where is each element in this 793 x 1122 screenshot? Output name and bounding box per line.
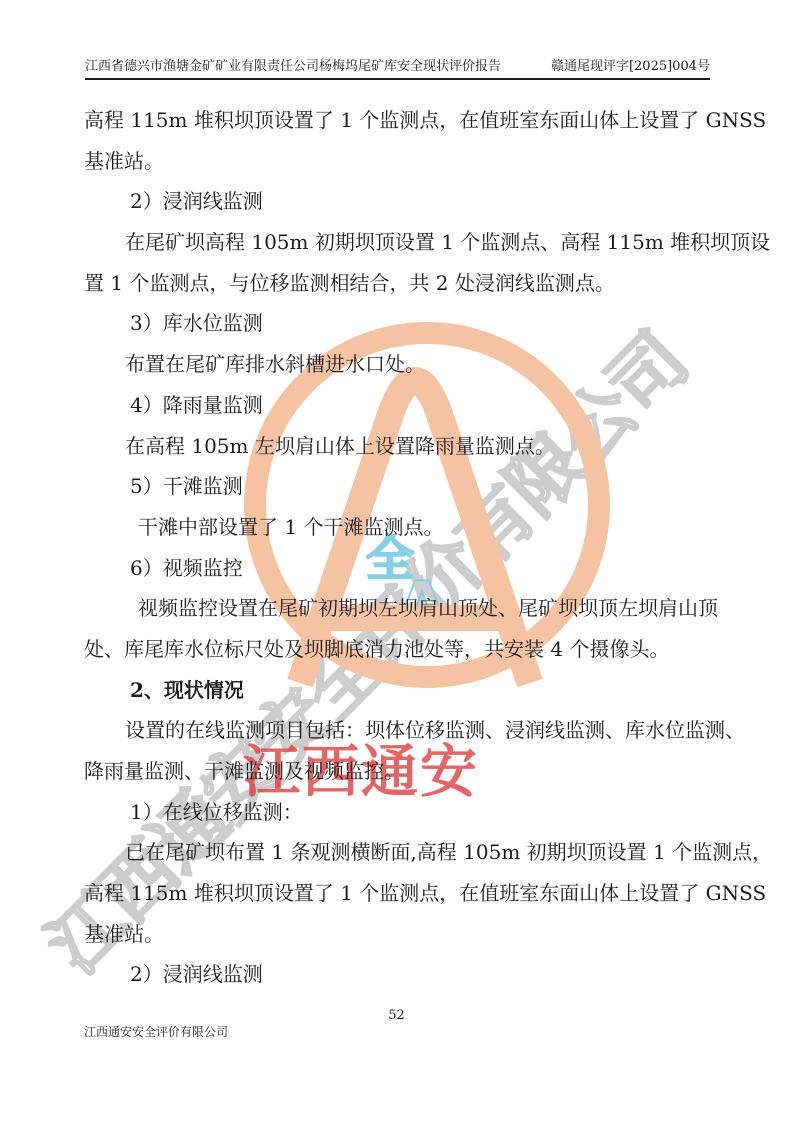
- document-content: 江西省德兴市渔塘金矿矿业有限责任公司杨梅坞尾矿库安全现状评价报告 赣通尾现评字[…: [0, 0, 793, 1122]
- body-line: 6）视频监控: [84, 548, 713, 589]
- body-line: 3）库水位监测: [84, 303, 713, 344]
- document-body: 高程 115m 堆积坝顶设置了 1 个监测点，在值班室东面山体上设置了 GNSS…: [84, 100, 713, 995]
- body-line: 2）浸润线监测: [84, 181, 713, 222]
- body-line: 设置的在线监测项目包括：坝体位移监测、浸润线监测、库水位监测、: [84, 710, 713, 751]
- body-line: 基准站。: [84, 914, 713, 955]
- body-line: 置 1 个监测点，与位移监测相结合，共 2 处浸润线监测点。: [84, 263, 713, 304]
- body-line: 基准站。: [84, 141, 713, 182]
- body-line: 5）干滩监测: [84, 466, 713, 507]
- body-line: 2）浸润线监测: [84, 954, 713, 995]
- page-number: 52: [0, 1008, 793, 1023]
- document-page: 江西通安安全评价有限公司 全 A 江西通安 江西省德兴市渔塘金矿矿业有限责任公司…: [0, 0, 793, 1122]
- footer-company-name: 江西通安安全评价有限公司: [84, 1023, 228, 1040]
- body-line: 已在尾矿坝布置 1 条观测横断面,高程 105m 初期坝顶设置 1 个监测点，: [84, 832, 713, 873]
- page-header: 江西省德兴市渔塘金矿矿业有限责任公司杨梅坞尾矿库安全现状评价报告 赣通尾现评字[…: [85, 55, 710, 80]
- body-line: 视频监控设置在尾矿初期坝左坝肩山顶处、尾矿坝坝顶左坝肩山顶: [84, 588, 713, 629]
- body-line: 高程 115m 堆积坝顶设置了 1 个监测点，在值班室东面山体上设置了 GNSS: [84, 100, 713, 141]
- body-line: 1）在线位移监测：: [84, 792, 713, 833]
- body-line: 处、库尾库水位标尺处及坝脚底消力池处等，共安装 4 个摄像头。: [84, 629, 713, 670]
- body-line: 干滩中部设置了 1 个干滩监测点。: [84, 507, 713, 548]
- body-line: 2、现状情况: [84, 670, 713, 711]
- body-line: 布置在尾矿库排水斜槽进水口处。: [84, 344, 713, 385]
- body-line: 4）降雨量监测: [84, 385, 713, 426]
- body-line: 高程 115m 堆积坝顶设置了 1 个监测点，在值班室东面山体上设置了 GNSS: [84, 873, 713, 914]
- body-line: 降雨量监测、干滩监测及视频监控。: [84, 751, 713, 792]
- document-number: 赣通尾现评字[2025]004号: [551, 55, 710, 74]
- report-title: 江西省德兴市渔塘金矿矿业有限责任公司杨梅坞尾矿库安全现状评价报告: [85, 55, 501, 74]
- body-line: 在高程 105m 左坝肩山体上设置降雨量监测点。: [84, 426, 713, 467]
- body-line: 在尾矿坝高程 105m 初期坝顶设置 1 个监测点、高程 115m 堆积坝顶设: [84, 222, 713, 263]
